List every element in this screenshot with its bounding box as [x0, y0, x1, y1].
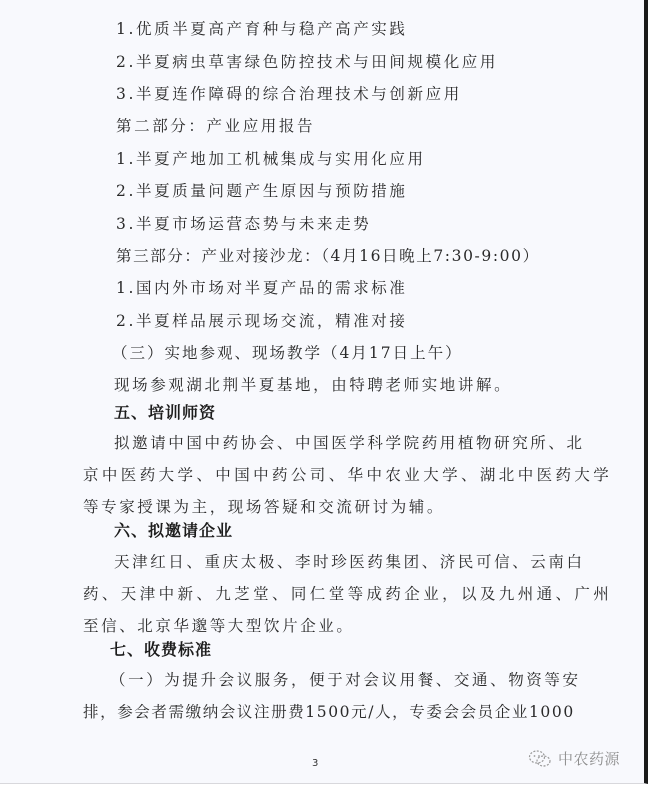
paragraph-line: 等专家授课为主，现场答疑和交流研讨为辅。 — [83, 497, 445, 517]
paragraph-line: 排，参会者需缴纳会议注册费1500元/人，专委会会员企业1000 — [83, 702, 575, 722]
agenda-item: 1.国内外市场对半夏产品的需求标准 — [116, 278, 408, 298]
agenda-item: 3.半夏市场运营态势与未来走势 — [116, 214, 371, 234]
document-page: 1.优质半夏高产育种与稳产高产实践 2.半夏病虫草害绿色防控技术与田间规模化应用… — [0, 0, 648, 784]
agenda-item: 2.半夏样品展示现场交流，精准对接 — [116, 311, 408, 331]
paragraph-line: 拟邀请中国中药协会、中国医学科学院药用植物研究所、北 — [114, 433, 585, 453]
agenda-subsection-heading: （三）实地参观、现场教学（4月17日上午） — [112, 343, 463, 363]
section-heading-fees: 七、收费标准 — [110, 640, 212, 660]
paragraph-line: 天津红日、重庆太极、李时珍医药集团、济民可信、云南白 — [114, 552, 585, 572]
watermark-text: 中农药源 — [558, 748, 620, 769]
agenda-part-heading: 第二部分：产业应用报告 — [116, 116, 315, 136]
paragraph-line: 药、天津中新、九芝堂、同仁堂等成药企业，以及九州通、广州 — [83, 584, 612, 604]
section-heading-invited-companies: 六、拟邀请企业 — [114, 521, 233, 541]
agenda-item: 3.半夏连作障碍的综合治理技术与创新应用 — [116, 84, 462, 104]
agenda-item: 2.半夏质量问题产生原因与预防措施 — [116, 181, 408, 201]
paragraph-line: 至信、北京华邈等大型饮片企业。 — [83, 616, 355, 636]
paragraph-line: （一）为提升会议服务，便于对会议用餐、交通、物资等安 — [110, 670, 581, 690]
watermark: 中农药源 — [528, 748, 620, 769]
section-heading-faculty: 五、培训师资 — [114, 403, 216, 423]
paragraph-line: 京中医药大学、中国中药公司、华中农业大学、湖北中医药大学 — [83, 465, 612, 485]
agenda-item: 1.优质半夏高产育种与稳产高产实践 — [116, 19, 408, 39]
wechat-icon — [528, 749, 552, 769]
page-number: 3 — [312, 758, 318, 769]
agenda-part-heading: 第三部分：产业对接沙龙：（4月16日晚上7:30-9:00） — [116, 246, 540, 266]
paragraph-line: 现场参观湖北荆半夏基地，由特聘老师实地讲解。 — [114, 375, 512, 395]
agenda-item: 2.半夏病虫草害绿色防控技术与田间规模化应用 — [116, 52, 498, 72]
agenda-item: 1.半夏产地加工机械集成与实用化应用 — [116, 149, 426, 169]
